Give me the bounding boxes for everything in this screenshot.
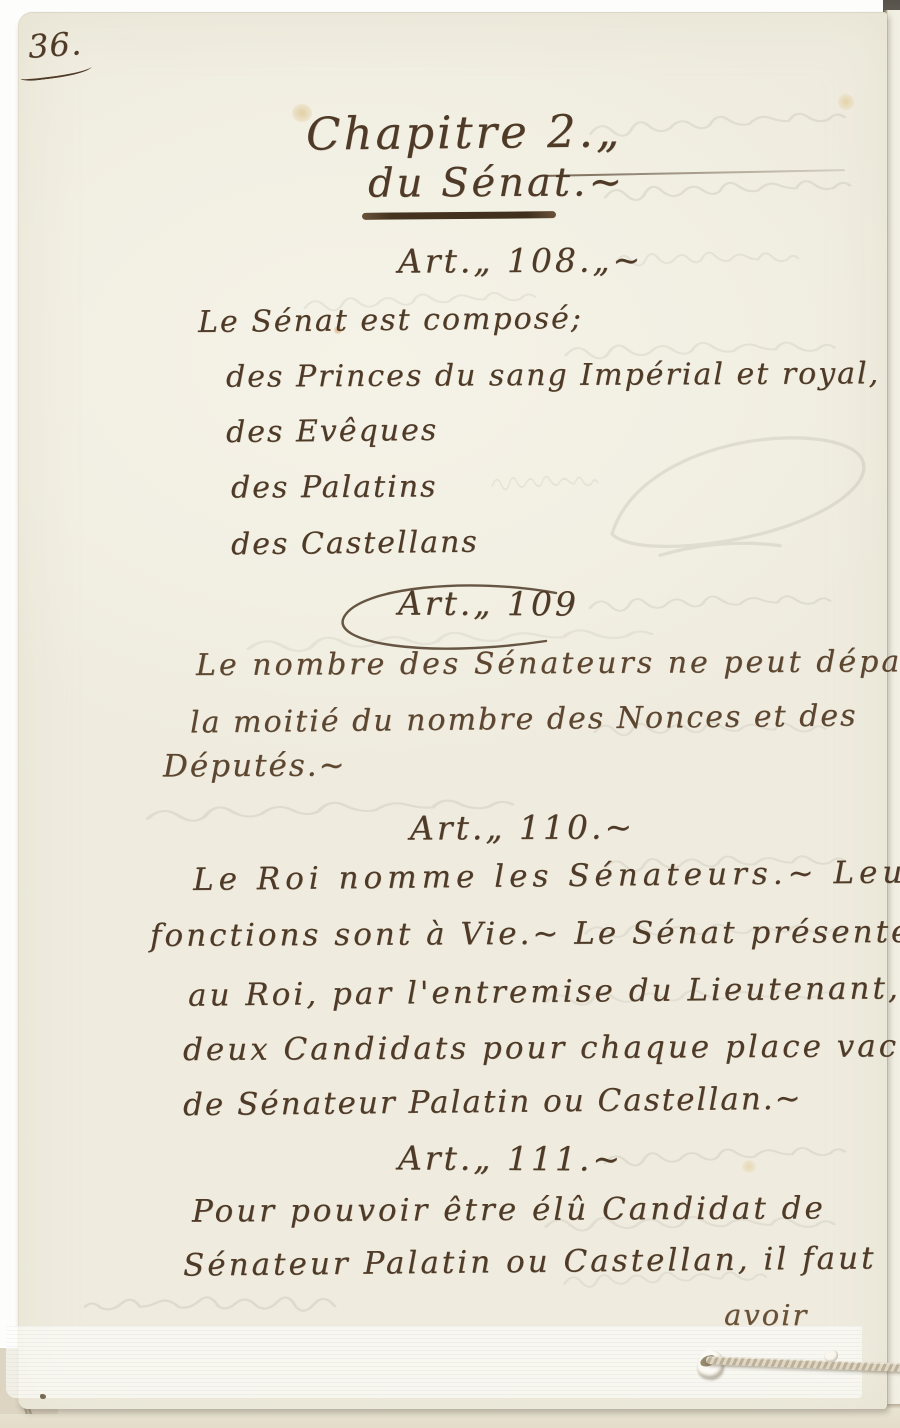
article-108-line: des Palatins — [231, 469, 438, 505]
bleedthrough-flourish — [600, 420, 890, 565]
bleedthrough-mark — [600, 1143, 850, 1171]
bleedthrough-mark — [585, 592, 835, 616]
page-number: 36. — [27, 24, 83, 66]
bleedthrough-mark — [600, 176, 855, 206]
article-109-line: Le nombre des Sénateurs ne peut dépasser — [196, 644, 900, 683]
article-110-line: de Sénateur Palatin ou Castellan.~ — [183, 1081, 803, 1123]
article-110-line: deux Candidats pour chaque place vacante — [183, 1028, 900, 1068]
article-108-line: Le Sénat est composé; — [198, 301, 583, 340]
bleedthrough-mark — [490, 470, 601, 498]
article-111-line: Sénateur Palatin ou Castellan, il faut — [183, 1240, 877, 1283]
article-108-heading: Art.„ 108.„~ — [398, 240, 643, 280]
article-108-line: des Evêques — [226, 413, 439, 450]
article-110-line: Le Roi nomme les Sénateurs.~ Leurs — [193, 854, 900, 898]
article-110-line: au Roi, par l'entremise du Lieutenant, — [188, 970, 900, 1013]
article-109-line: Députés.~ — [163, 748, 347, 785]
article-109-line: la moitié du nombre des Nonces et des — [190, 699, 858, 741]
catchword: avoir — [724, 1298, 808, 1332]
paper-stain — [838, 94, 854, 110]
article-108-line: des Princes du sang Impérial et royal, — [226, 356, 880, 394]
section-heading: du Sénat.~ — [368, 159, 625, 206]
ink-speck — [40, 1394, 46, 1399]
paper-stain — [742, 1160, 756, 1173]
article-110-heading: Art.„ 110.~ — [410, 807, 635, 847]
chapter-heading: Chapitre 2.„ — [306, 104, 623, 160]
article-108-line: des Castellans — [231, 525, 479, 563]
article-111-line: Pour pouvoir être élû Candidat de — [192, 1190, 826, 1229]
article-110-line: fonctions sont à Vie.~ Le Sénat présente — [150, 914, 900, 954]
article-111-heading: Art.„ 111.~ — [398, 1138, 623, 1178]
